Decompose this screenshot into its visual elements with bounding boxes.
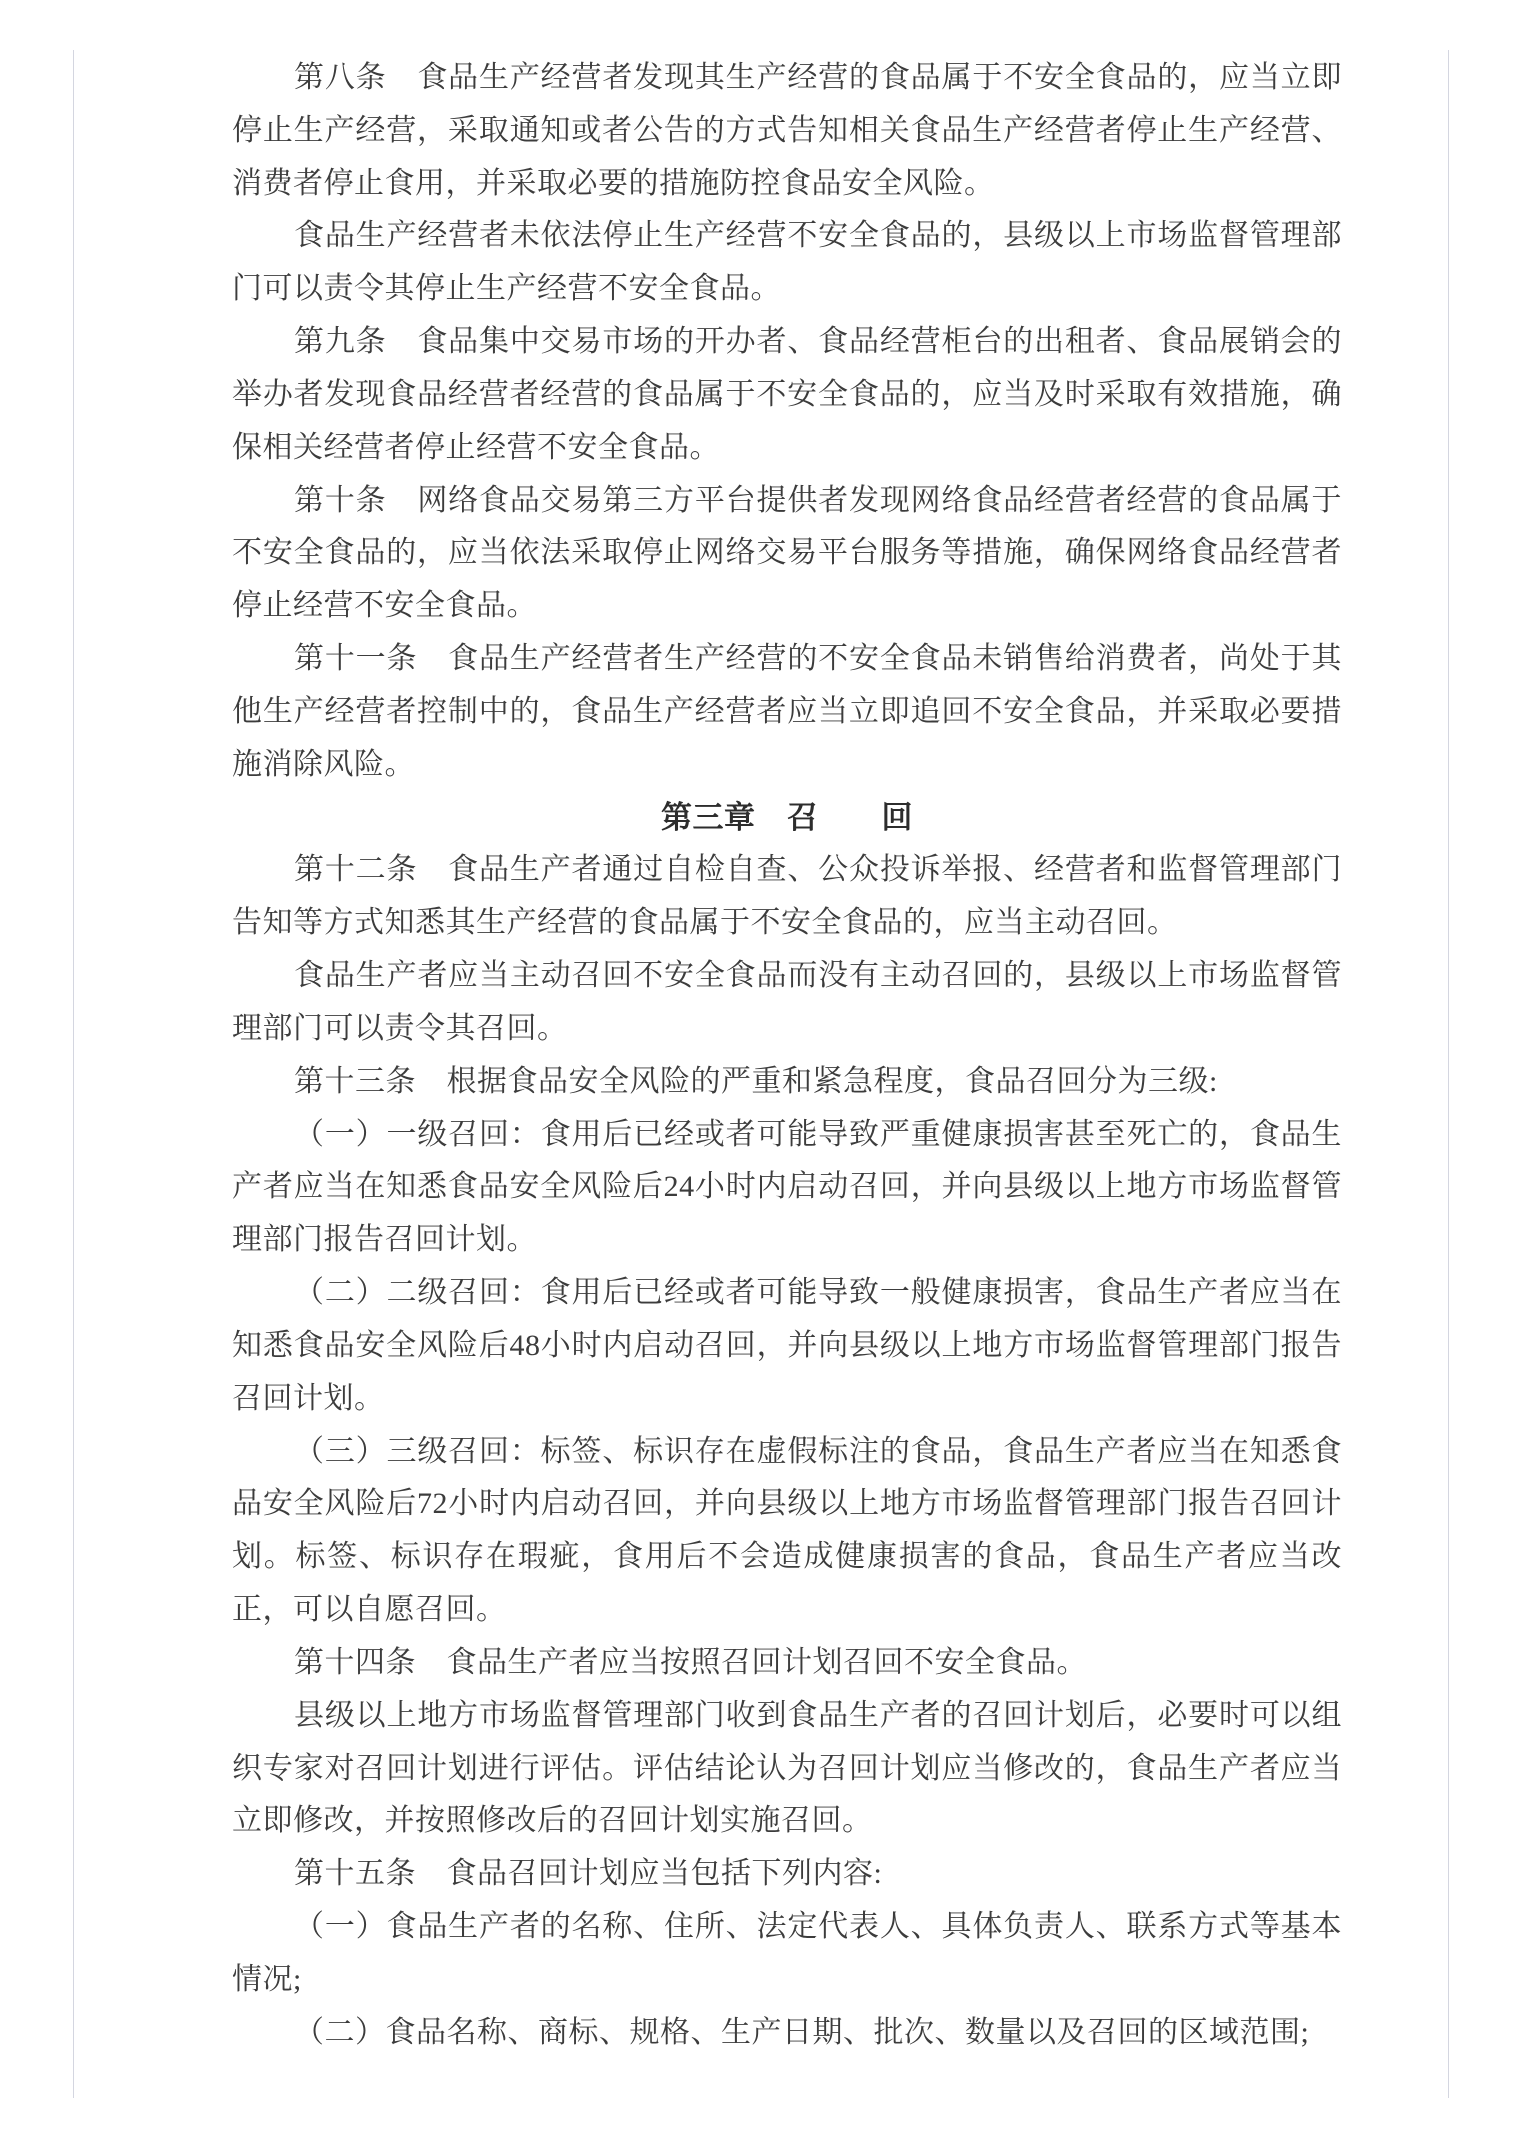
document-line: 保相关经营者停止经营不安全食品。 — [232, 422, 1342, 475]
document-line: 停止经营不安全食品。 — [232, 580, 1342, 633]
document-line: 第十三条 根据食品安全风险的严重和紧急程度，食品召回分为三级: — [232, 1056, 1342, 1109]
document-line: （二）二级召回：食用后已经或者可能导致一般健康损害，食品生产者应当在 — [232, 1267, 1342, 1320]
document-line: 不安全食品的，应当依法采取停止网络交易平台服务等措施，确保网络食品经营者 — [232, 527, 1342, 580]
document-line: 织专家对召回计划进行评估。评估结论认为召回计划应当修改的，食品生产者应当 — [232, 1743, 1342, 1796]
document-line: （一）食品生产者的名称、住所、法定代表人、具体负责人、联系方式等基本 — [232, 1901, 1342, 1954]
document-line: 立即修改，并按照修改后的召回计划实施召回。 — [232, 1795, 1342, 1848]
document-line: 第十四条 食品生产者应当按照召回计划召回不安全食品。 — [232, 1637, 1342, 1690]
document-body: 第八条 食品生产经营者发现其生产经营的食品属于不安全食品的，应当立即停止生产经营… — [232, 52, 1342, 2059]
document-line: 品安全风险后72小时内启动召回，并向县级以上地方市场监督管理部门报告召回计 — [232, 1478, 1342, 1531]
document-line: 理部门可以责令其召回。 — [232, 1003, 1342, 1056]
document-line: 施消除风险。 — [232, 739, 1342, 792]
document-line: （二）食品名称、商标、规格、生产日期、批次、数量以及召回的区域范围; — [232, 2007, 1342, 2060]
document-line: 第十条 网络食品交易第三方平台提供者发现网络食品经营者经营的食品属于 — [232, 475, 1342, 528]
document-line: （一）一级召回：食用后已经或者可能导致严重健康损害甚至死亡的，食品生 — [232, 1109, 1342, 1162]
document-line: 理部门报告召回计划。 — [232, 1214, 1342, 1267]
document-line: 第十一条 食品生产经营者生产经营的不安全食品未销售给消费者，尚处于其 — [232, 633, 1342, 686]
document-line: 举办者发现食品经营者经营的食品属于不安全食品的，应当及时采取有效措施，确 — [232, 369, 1342, 422]
document-line: 第九条 食品集中交易市场的开办者、食品经营柜台的出租者、食品展销会的 — [232, 316, 1342, 369]
document-line: 第八条 食品生产经营者发现其生产经营的食品属于不安全食品的，应当立即 — [232, 52, 1342, 105]
document-line: 食品生产者应当主动召回不安全食品而没有主动召回的，县级以上市场监督管 — [232, 950, 1342, 1003]
page-left-edge — [73, 50, 74, 2098]
chapter-heading: 第三章 召 回 — [232, 792, 1342, 845]
document-line: 召回计划。 — [232, 1373, 1342, 1426]
document-line: 门可以责令其停止生产经营不安全食品。 — [232, 263, 1342, 316]
document-line: 知悉食品安全风险后48小时内启动召回，并向县级以上地方市场监督管理部门报告 — [232, 1320, 1342, 1373]
document-line: 食品生产经营者未依法停止生产经营不安全食品的，县级以上市场监督管理部 — [232, 210, 1342, 263]
document-line: 告知等方式知悉其生产经营的食品属于不安全食品的，应当主动召回。 — [232, 897, 1342, 950]
document-line: 产者应当在知悉食品安全风险后24小时内启动召回，并向县级以上地方市场监督管 — [232, 1161, 1342, 1214]
document-line: 正，可以自愿召回。 — [232, 1584, 1342, 1637]
page-right-edge — [1448, 50, 1449, 2098]
document-line: 第十二条 食品生产者通过自检自查、公众投诉举报、经营者和监督管理部门 — [232, 844, 1342, 897]
document-line: 情况; — [232, 1954, 1342, 2007]
document-line: 第十五条 食品召回计划应当包括下列内容: — [232, 1848, 1342, 1901]
document-line: 县级以上地方市场监督管理部门收到食品生产者的召回计划后，必要时可以组 — [232, 1690, 1342, 1743]
document-line: 他生产经营者控制中的，食品生产经营者应当立即追回不安全食品，并采取必要措 — [232, 686, 1342, 739]
document-line: （三）三级召回：标签、标识存在虚假标注的食品，食品生产者应当在知悉食 — [232, 1426, 1342, 1479]
document-line: 划。标签、标识存在瑕疵，食用后不会造成健康损害的食品，食品生产者应当改 — [232, 1531, 1342, 1584]
document-line: 消费者停止食用，并采取必要的措施防控食品安全风险。 — [232, 158, 1342, 211]
document-line: 停止生产经营，采取通知或者公告的方式告知相关食品生产经营者停止生产经营、 — [232, 105, 1342, 158]
